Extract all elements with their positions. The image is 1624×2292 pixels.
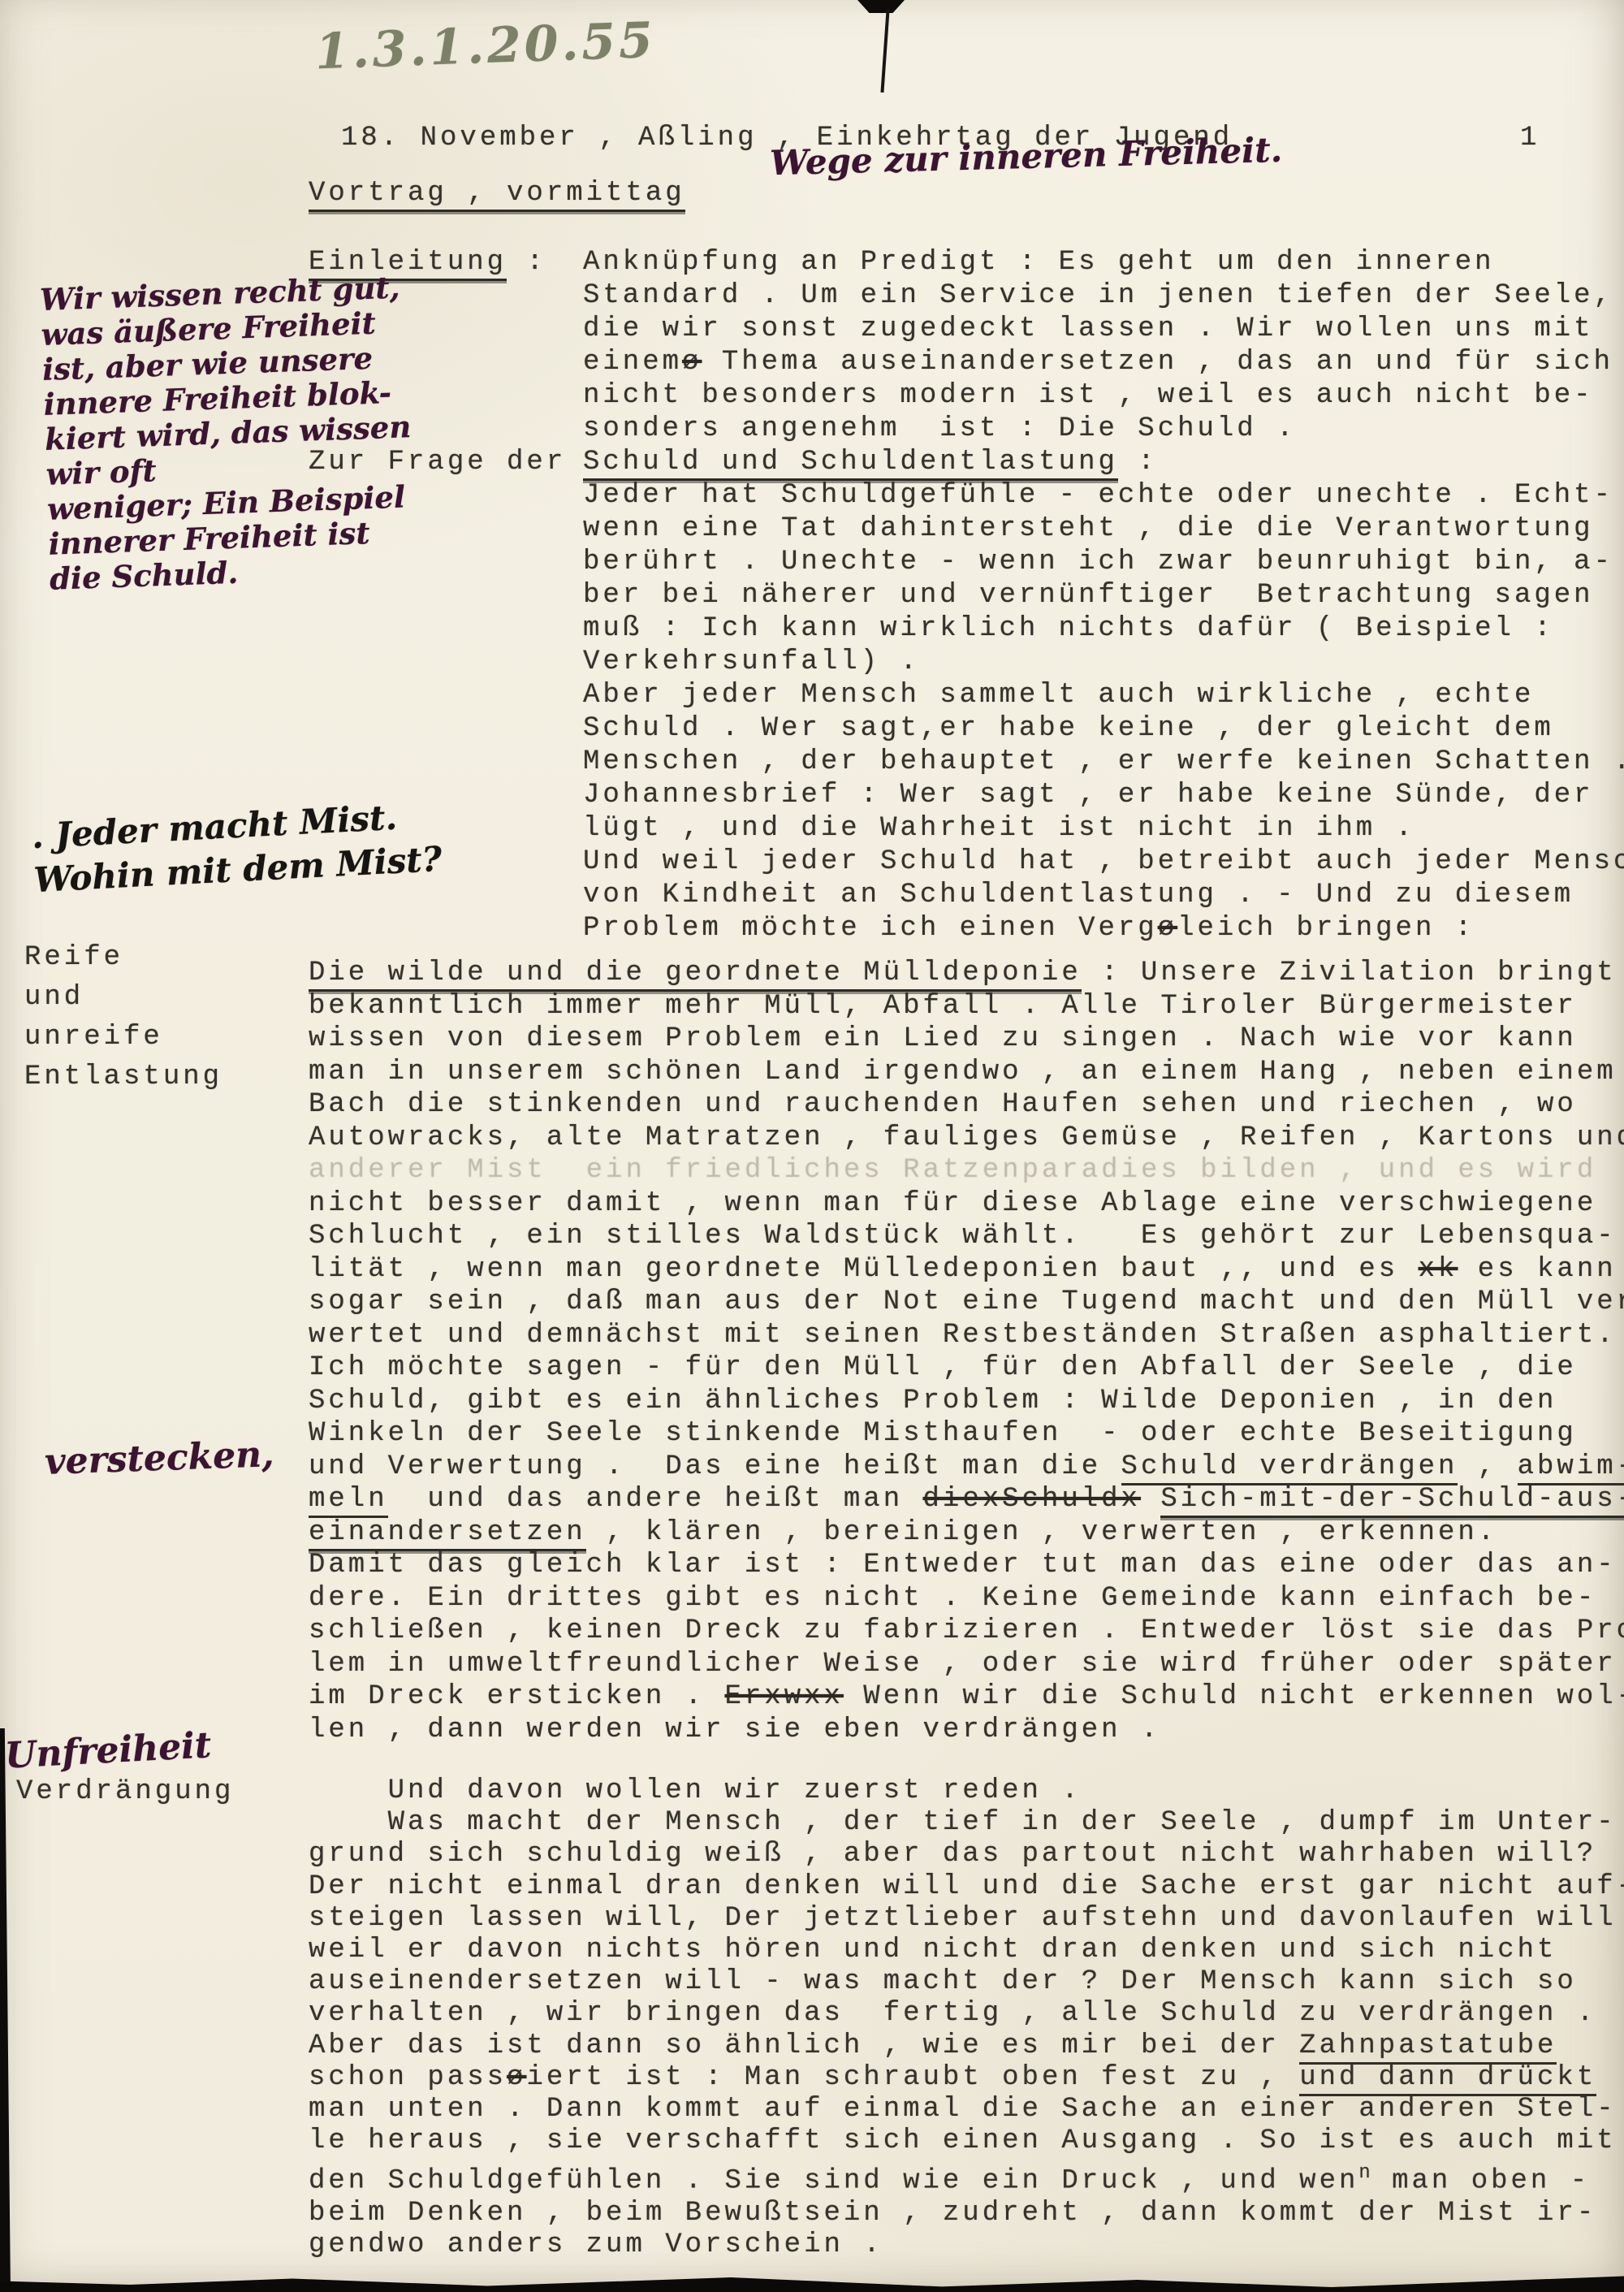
session-subtitle: Vortrag , vormittag [309,177,685,210]
text-segment: und Verwertung . Das eine heißt man die [309,1451,1121,1482]
typed-line: und Verwertung . Das eine heißt man die … [309,1451,1624,1484]
typed-line: unreife [24,1018,222,1057]
text-segment: lität , wenn man geordnete Mülledeponien… [309,1254,1419,1285]
text-segment: : Unsere Zivilation bringt [1082,958,1617,988]
text-segment: bekanntlich immer mehr Müll, Abfall . Al… [309,991,1577,1022]
typed-line: Schuld . Wer sagt,er habe keine , der gl… [583,712,1624,746]
typed-line: im Dreck ersticken . Erxwxx Wenn wir die… [309,1680,1624,1714]
text-segment: diexSchuldx [923,1484,1141,1515]
scanned-document-page: 1.3.1.20.55 18. November , Aßling , Eink… [0,0,1624,2292]
text-segment: ø [682,347,702,378]
scan-artifact-crease [880,10,889,93]
page-number: 1 [1520,122,1540,155]
text-segment: man unten . Dann kommt auf einmal die Sa… [309,2094,1617,2125]
text-segment: grund sich schuldig weiß , aber das part… [309,1839,1596,1870]
typed-line: weil er davon nichts hören und nicht dra… [309,1935,1624,1966]
text-segment: Erxwxx [724,1681,843,1712]
text-segment: Verkehrsunfall) . [583,647,920,677]
typed-line: meln und das andere heißt man diexSchuld… [309,1483,1624,1516]
text-segment: Wenn wir die Schuld nicht erkennen wol- [844,1681,1624,1712]
section-verdraengung-text: Und davon wollen wir zuerst reden . Was … [309,1775,1624,2261]
text-segment: und dann drückt [1299,2062,1596,2096]
text-segment: einandersetzen [309,1517,586,1551]
session-subtitle-text: Vortrag , vormittag [309,178,685,212]
text-segment: steigen lassen will, Der jetztlieber auf… [309,1903,1617,1934]
typed-line: Jeder hat Schuldgefühle - echte oder une… [583,479,1624,512]
typed-line: einandersetzen , klären , bereinigen , v… [309,1516,1624,1550]
typed-line: schon passøiert ist : Man schraubt oben … [309,2062,1624,2094]
handwritten-margin-note-verstecken: verstecken, [44,1434,274,1483]
text-segment: wenn eine Tat dahintersteht , die die Ve… [583,513,1594,544]
text-segment: muß : Ich kann wirklich nichts dafür ( B… [583,613,1554,644]
text-segment: lem in umweltfreundlicher Weise , oder s… [309,1649,1617,1680]
text-segment: Entlastung [24,1062,222,1092]
text-segment: gendwo anders zum Vorschein . [309,2229,883,2260]
text-segment: Aber jeder Mensch sammelt auch wirkliche… [583,680,1534,711]
text-segment: im Dreck ersticken . [309,1681,724,1712]
typed-line: die wir sonst zugedeckt lassen . Wir wol… [583,313,1613,346]
handwritten-line: 1.3.1.20.55 [314,12,657,81]
text-segment: nicht besonders modern ist , weil es auc… [583,380,1594,411]
text-segment: Was macht der Mensch , der tief in der S… [309,1807,1617,1838]
text-segment: , klären , bereinigen , verwerten , erke… [586,1517,1498,1548]
text-segment: xk [1419,1254,1458,1285]
text-segment: verhalten , wir bringen das fertig , all… [309,1998,1596,2029]
typed-line: Winkeln der Seele stinkende Misthaufen -… [309,1417,1624,1451]
text-segment: iert ist : Man schraubt oben fest zu , [526,2062,1299,2093]
text-segment: nicht besser damit , wenn man für diese … [309,1188,1596,1219]
typed-line: lem in umweltfreundlicher Weise , oder s… [309,1648,1624,1681]
handwritten-margin-note-freiheit: Wir wissen recht gut,was äußere Freiheit… [39,270,417,597]
typed-line: gendwo anders zum Vorschein . [309,2229,1624,2261]
text-segment: Schuld . Wer sagt,er habe keine , der gl… [583,713,1554,744]
typed-line: wertet und demnächst mit seinen Restbest… [309,1319,1624,1352]
typed-line: Autowracks, alte Matratzen , fauliges Ge… [309,1122,1624,1155]
text-segment: meln [309,1484,388,1518]
text-segment: Anknüpfung an Predigt : Es geht um den i… [583,247,1495,278]
typed-line: steigen lassen will, Der jetztlieber auf… [309,1903,1624,1935]
text-segment: Sich-mit-der-Schuld-aus- [1160,1484,1624,1518]
handwritten-catalog-number: 1.3.1.20.55 [314,12,657,81]
text-segment: es kann [1458,1254,1616,1285]
typed-line: grund sich schuldig weiß , aber das part… [309,1839,1624,1870]
text-segment: wissen von diesem Problem ein Lied zu si… [309,1023,1577,1054]
typed-line: nicht besonders modern ist , weil es auc… [583,379,1613,413]
text-segment: wertet und demnächst mit seinen Restbest… [309,1320,1617,1351]
typed-line: Aber jeder Mensch sammelt auch wirkliche… [583,679,1624,712]
text-segment: Zahnpastatube [1299,2030,1557,2065]
text-segment: Und davon wollen wir zuerst reden . [309,1775,1082,1806]
section-schuld-text: Schuld und Schuldentlastung :Jeder hat S… [583,446,1624,945]
text-segment: Die wilde und die geordnete Mülldeponie [309,958,1082,992]
text-segment: man oben - [1372,2166,1590,2197]
typed-line: wissen von diesem Problem ein Lied zu si… [309,1023,1624,1056]
margin-label-verdraengung: Verdrängung [16,1775,234,1809]
typed-line: dere. Ein drittes gibt es nicht . Keine … [309,1582,1624,1615]
typed-line: Ich möchte sagen - für den Müll , für de… [309,1351,1624,1385]
text-segment: Autowracks, alte Matratzen , fauliges Ge… [309,1122,1624,1153]
text-segment: man in unserem schönen Land irgendwo , a… [309,1057,1617,1088]
typed-line: nicht besser damit , wenn man für diese … [309,1187,1624,1221]
text-segment: le heraus , sie verschafft sich einen Au… [309,2126,1617,2156]
typed-line: Verdrängung [16,1775,234,1809]
typed-line: beim Denken , beim Bewußtsein , zudreht … [309,2198,1624,2229]
typed-line: sonders angenehm ist : Die Schuld . [583,413,1613,446]
text-segment: Aber das ist dann so ähnlich , wie es mi… [309,2030,1299,2061]
text-segment: Thema auseinandersetzen , das an und für… [702,347,1613,378]
text-segment: Reife [24,942,123,973]
text-segment: den Schuldgefühlen . Sie sind wie ein Dr… [309,2166,1358,2197]
text-segment: Ich möchte sagen - für den Müll , für de… [309,1352,1577,1383]
typed-line: verhalten , wir bringen das fertig , all… [309,1998,1624,2030]
handwritten-line: verstecken, [44,1434,274,1483]
text-segment: und das andere heißt man [388,1484,923,1515]
text-segment: n [1358,2162,1371,2184]
text-segment: Schlucht , ein stilles Waldstück wählt. … [309,1221,1617,1252]
typed-line: Menschen , der behauptet , er werfe kein… [583,746,1624,779]
text-segment: Johannesbrief : Wer sagt , er habe keine… [583,780,1594,811]
typed-line: Bach die stinkenden und rauchenden Haufe… [309,1088,1624,1122]
typed-line: Problem möchte ich einen Vergøleich brin… [583,912,1624,945]
text-segment: ø [507,2062,526,2093]
typed-line: schließen , keinen Dreck zu fabrizieren … [309,1615,1624,1648]
text-segment: berührt . Unechte - wenn ich zwar beunru… [583,547,1613,577]
typed-line: Entlastung [24,1057,222,1097]
typed-line: lügt , und die Wahrheit ist nicht in ihm… [583,812,1624,845]
typed-line: len , dann werden wir sie eben verdränge… [309,1714,1624,1747]
text-segment: leich bringen : [1177,913,1475,944]
text-segment: Schuld und Schuldentlastung [583,447,1118,481]
typed-line: Schlucht , ein stilles Waldstück wählt. … [309,1220,1624,1253]
typed-line: Aber das ist dann so ähnlich , wie es mi… [309,2030,1624,2062]
typed-line: man unten . Dann kommt auf einmal die Sa… [309,2094,1624,2126]
scan-artifact-left-edge [0,1728,11,2292]
typed-line: Was macht der Mensch , der tief in der S… [309,1807,1624,1839]
typed-line: berührt . Unechte - wenn ich zwar beunru… [583,546,1624,579]
typed-line: von Kindheit an Schuldentlastung . - Und… [583,879,1624,912]
typed-line: Anknüpfung an Predigt : Es geht um den i… [583,246,1613,279]
typed-line: anderer Mist ein friedliches Ratzenparad… [309,1154,1624,1187]
text-segment: abwim- [1518,1451,1624,1485]
typed-line: auseinendersetzen will - was macht der ?… [309,1966,1624,1998]
typed-line: den Schuldgefühlen . Sie sind wie ein Dr… [309,2157,1624,2198]
text-segment: Damit das gleich klar ist : Entweder tut… [309,1550,1617,1581]
text-segment: Und weil jeder Schuld hat , betreibt auc… [583,846,1624,877]
text-segment: die wir sonst zugedeckt lassen . Wir wol… [583,314,1594,344]
text-segment: Jeder hat Schuldgefühle - echte oder une… [583,480,1613,511]
text-segment: Winkeln der Seele stinkende Misthaufen -… [309,1418,1577,1449]
text-segment: sogar sein , daß man aus der Not eine Tu… [309,1287,1624,1317]
text-segment: : [1118,447,1158,478]
text-segment: und [24,982,84,1013]
text-segment: einem [583,347,682,378]
typed-line: Damit das gleich klar ist : Entweder tut… [309,1549,1624,1582]
typed-line: bekanntlich immer mehr Müll, Abfall . Al… [309,990,1624,1023]
typed-line: Die wilde und die geordnete Mülldeponie … [309,957,1624,990]
text-segment: Problem möchte ich einen Verg [583,913,1158,944]
typed-line: Und davon wollen wir zuerst reden . [309,1775,1624,1807]
typed-line: ber bei näherer und vernünftiger Betrach… [583,579,1624,612]
typed-line: Der nicht einmal dran denken will und di… [309,1871,1624,1903]
typed-line: Verkehrsunfall) . [583,646,1624,679]
text-segment: von Kindheit an Schuldentlastung . - Und… [583,880,1574,910]
text-segment: ø [1158,913,1177,944]
text-segment: ber bei näherer und vernünftiger Betrach… [583,580,1594,611]
section-muelldeponie-text: Die wilde und die geordnete Mülldeponie … [309,957,1624,1746]
text-segment: Schuld verdrängen [1121,1451,1458,1485]
typed-line: Standard . Um ein Service in jenen tiefe… [583,279,1613,313]
typed-line: Schuld und Schuldentlastung : [583,446,1624,479]
text-segment: auseinendersetzen will - was macht der ?… [309,1966,1577,1997]
text-segment: , [1458,1451,1517,1482]
text-segment: Der nicht einmal dran denken will und di… [309,1871,1624,1902]
typed-line: lität , wenn man geordnete Mülledeponien… [309,1253,1624,1287]
text-segment: unreife [24,1022,163,1053]
margin-label-reife: ReifeundunreifeEntlastung [24,938,222,1097]
scan-artifact-top-edge [857,0,905,13]
text-segment: schließen , keinen Dreck zu fabrizieren … [309,1615,1624,1646]
typed-line: sogar sein , daß man aus der Not eine Tu… [309,1286,1624,1319]
text-segment: dere. Ein drittes gibt es nicht . Keine … [309,1583,1596,1614]
scan-artifact-bottom-edge [0,2268,1624,2292]
text-segment: weil er davon nichts hören und nicht dra… [309,1935,1557,1965]
typed-line: und [24,978,222,1018]
text-segment: len , dann werden wir sie eben verdränge… [309,1715,1160,1745]
typed-line: Johannesbrief : Wer sagt , er habe keine… [583,779,1624,812]
handwritten-line: Unfreiheit [4,1724,213,1776]
typed-line: einemø Thema auseinandersetzen , das an … [583,346,1613,379]
text-segment: Standard . Um ein Service in jenen tiefe… [583,280,1613,311]
text-segment [1141,1484,1160,1515]
typed-line: le heraus , sie verschafft sich einen Au… [309,2126,1624,2157]
text-segment: lügt , und die Wahrheit ist nicht in ihm… [583,813,1415,844]
typed-line: Reife [24,938,222,978]
text-segment: anderer Mist ein friedliches Ratzenparad… [309,1155,1596,1186]
text-segment: schon pass [309,2062,507,2093]
handwritten-margin-note-unfreiheit: Unfreiheit [4,1724,213,1776]
section-einleitung-text: Anknüpfung an Predigt : Es geht um den i… [583,246,1613,446]
typed-line: Und weil jeder Schuld hat , betreibt auc… [583,845,1624,879]
text-segment: Bach die stinkenden und rauchenden Haufe… [309,1089,1577,1120]
text-segment: Menschen , der behauptet , er werfe kein… [583,746,1624,777]
text-segment: Schuld, gibt es ein ähnliches Problem : … [309,1386,1557,1416]
typed-line: Schuld, gibt es ein ähnliches Problem : … [309,1385,1624,1418]
typed-line: wenn eine Tat dahintersteht , die die Ve… [583,512,1624,546]
text-segment: beim Denken , beim Bewußtsein , zudreht … [309,2198,1596,2229]
typed-line: muß : Ich kann wirklich nichts dafür ( B… [583,612,1624,646]
text-segment: : [507,247,546,278]
text-segment: sonders angenehm ist : Die Schuld . [583,413,1297,444]
text-segment: Verdrängung [16,1776,234,1807]
typed-line: man in unserem schönen Land irgendwo , a… [309,1056,1624,1089]
handwritten-margin-note-mist: . Jeder macht Mist.Wohin mit dem Mist? [31,794,443,902]
